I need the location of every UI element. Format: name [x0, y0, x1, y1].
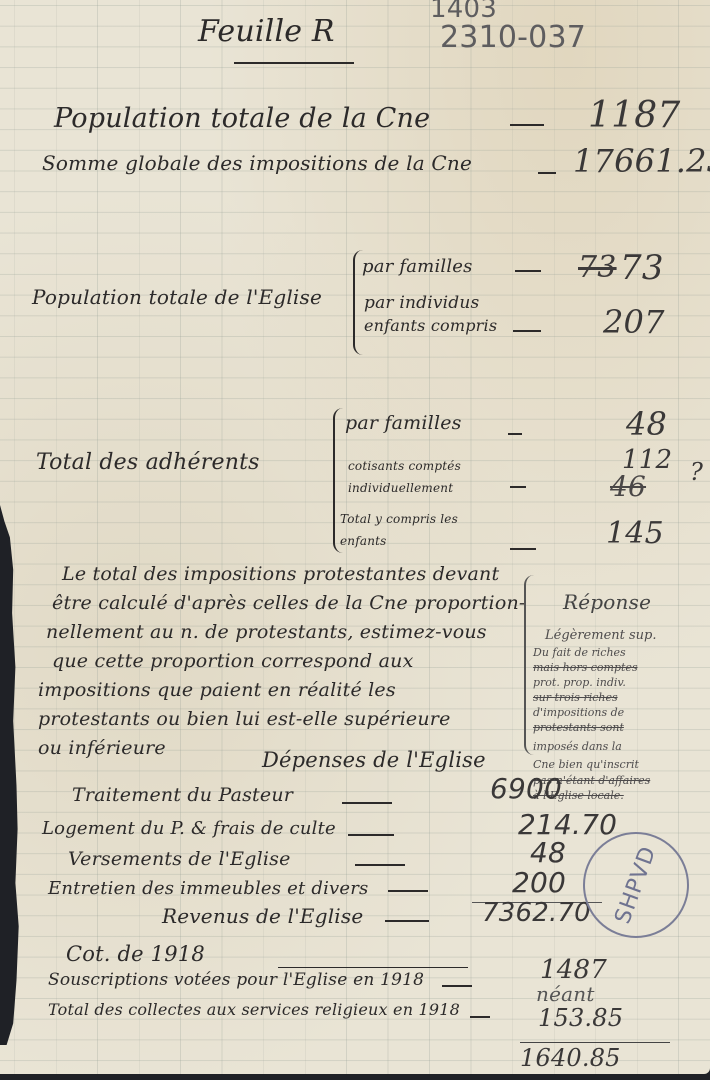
reponse-line: sur trois riches: [533, 691, 618, 704]
recette-value: 1487: [540, 955, 607, 985]
reponse-line: prot. prop. indiv.: [533, 676, 626, 689]
adherents-row-label: par familles: [345, 412, 462, 434]
reponse-line: Du fait de riches: [533, 646, 626, 659]
depense-value: 6900: [490, 772, 562, 805]
dash: [385, 920, 429, 922]
population-commune-label: Population totale de la Cne: [54, 103, 430, 134]
paragraph-line: être calculé d'après celles de la Cne pr…: [52, 589, 552, 618]
depenses-heading: Dépenses de l'Eglise: [262, 748, 486, 772]
dash: [513, 330, 541, 332]
dash: [470, 1016, 490, 1018]
eglise-row-label: par familles: [362, 256, 473, 277]
recettes-heading: Revenus de l'Eglise: [162, 904, 363, 928]
adherents-label: Total des adhérents: [36, 450, 260, 475]
document-page: Feuille R 1403 2310-037 Population total…: [0, 0, 710, 1074]
reponse-note: Réponse Légèrement sup. Du fait de riche…: [533, 590, 708, 780]
adherents-row-value: 145: [606, 516, 664, 551]
eglise-row-value: 207: [603, 303, 665, 341]
eglise-row-label: par individus: [364, 293, 479, 313]
archive-stamp: SHPVD: [583, 832, 689, 938]
dash: [342, 802, 392, 804]
recette-note: néant: [536, 982, 595, 1006]
reponse-line: d'impositions de: [533, 706, 624, 719]
adherents-row-struck-value: 46: [610, 470, 646, 503]
recette-label: Souscriptions votées pour l'Eglise en 19…: [48, 970, 424, 990]
reponse-heading: Réponse: [563, 590, 651, 614]
dash: [510, 486, 526, 488]
depense-label: Traitement du Pasteur: [72, 784, 293, 806]
title-underline: [234, 62, 354, 64]
paragraph-line: protestants ou bien lui est-elle supérie…: [38, 705, 538, 734]
paragraph-line: Le total des impositions protestantes de…: [62, 560, 562, 589]
reponse-line: Cne bien qu'inscrit: [533, 758, 639, 771]
adherents-margin-mark: ?: [690, 458, 703, 486]
dash: [388, 890, 428, 892]
eglise-row-label: enfants compris: [364, 316, 497, 335]
recettes-subheading: Cot. de 1918: [66, 942, 205, 966]
eglise-row-value: 73: [620, 248, 664, 288]
dash: [538, 172, 556, 174]
recette-label: Total des collectes aux services religie…: [48, 1000, 460, 1019]
paragraph-line: impositions que paient en réalité les: [38, 676, 538, 705]
question-paragraph: Le total des impositions protestantes de…: [30, 560, 530, 763]
depense-label: Versements de l'Eglise: [68, 848, 291, 870]
depense-label: Entretien des immeubles et divers: [48, 878, 369, 899]
population-eglise-label: Population totale de l'Eglise: [32, 285, 322, 309]
population-commune-value: 1187: [588, 95, 680, 136]
recettes-total: 1640.85: [520, 1044, 621, 1072]
depense-value: 200: [512, 866, 566, 899]
dash: [510, 548, 536, 550]
dash: [442, 985, 472, 987]
adherents-row-label: cotisants comptés individuellement: [348, 455, 508, 499]
dash: [348, 834, 394, 836]
reponse-line: imposés dans la: [533, 740, 622, 753]
paragraph-line: nellement au n. de protestants, estimez-…: [46, 618, 546, 647]
impositions-commune-value: 17661.23: [573, 142, 710, 180]
depense-label: Logement du P. & frais de culte: [42, 818, 336, 839]
adherents-row-label: Total y compris les enfants: [340, 508, 490, 552]
paragraph-line: que cette proportion correspond aux: [52, 647, 552, 676]
impositions-commune-label: Somme globale des impositions de la Cne: [42, 151, 472, 175]
recette-value: 153.85: [538, 1004, 623, 1032]
dash: [515, 270, 541, 272]
archive-ref-2: 2310-037: [440, 20, 586, 55]
eglise-row-struck-value: 73: [578, 250, 617, 285]
adherents-row-value: 48: [626, 405, 667, 443]
reponse-line: mais hors comptes: [533, 661, 638, 674]
dash: [278, 967, 468, 968]
stamp-text: SHPVD: [610, 843, 661, 927]
reponse-line: Légèrement sup.: [545, 628, 657, 643]
depenses-total: 7362.70: [482, 898, 591, 928]
dash: [355, 864, 405, 866]
total-rule: [520, 1042, 670, 1043]
dash: [510, 124, 544, 126]
page-title: Feuille R: [198, 14, 335, 49]
dash: [508, 433, 522, 435]
reponse-line: protestants sont: [533, 721, 624, 734]
depense-value: 48: [530, 836, 566, 869]
